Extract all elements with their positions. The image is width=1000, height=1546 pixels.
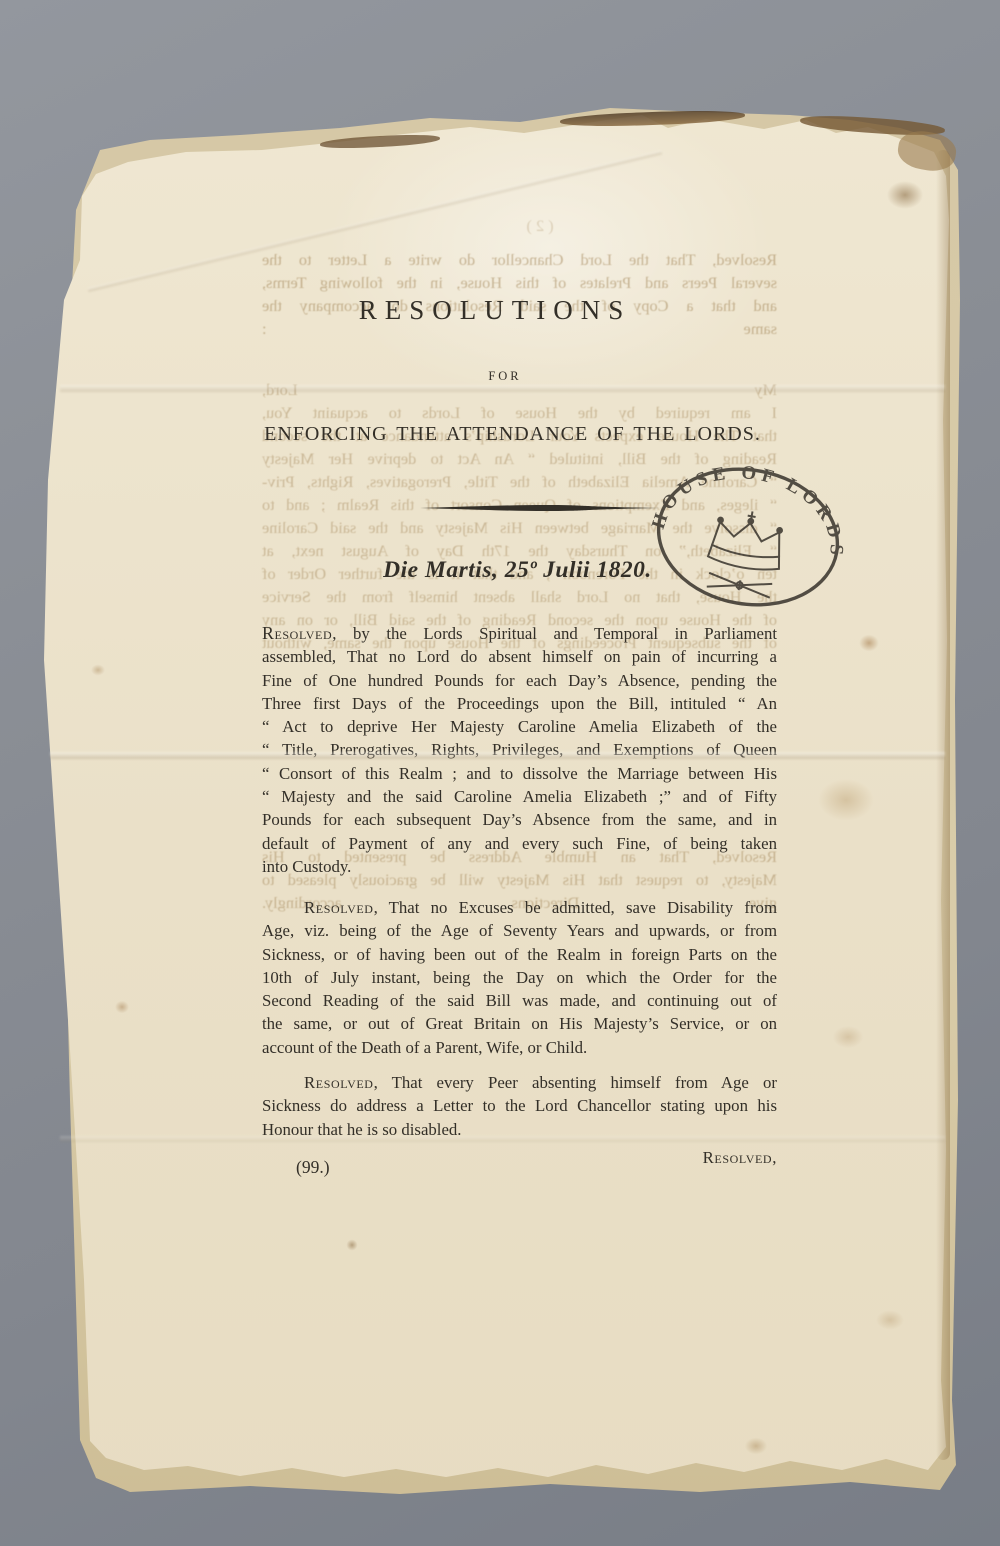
paragraph-line: Sickness, or of having been out of the R…: [262, 943, 777, 966]
paragraph-line: “ Majesty and the said Caroline Amelia E…: [262, 785, 777, 808]
catchword: Resolved,: [262, 1148, 777, 1168]
stamp-text: HOUSE OF LORDS: [648, 458, 848, 563]
paragraph-text: , That every Peer absenting himself from…: [374, 1073, 777, 1092]
paragraph-line: Sickness do address a Letter to the Lord…: [262, 1094, 777, 1117]
paragraph-line: assembled, That no Lord do absent himsel…: [262, 645, 777, 668]
resolved-lead-word: Resolved: [262, 623, 332, 643]
paragraph-first-line: Resolved, That every Peer absenting hims…: [262, 1071, 777, 1094]
paragraph-line: account of the Death of a Parent, Wife, …: [262, 1036, 777, 1059]
paragraph-line: 10th of July instant, being the Day on w…: [262, 966, 777, 989]
horizontal-fold-crease: [50, 752, 945, 759]
document-subtitle-for: FOR: [200, 369, 810, 384]
paragraph-line: Pounds for each subsequent Day’s Absence…: [262, 808, 777, 831]
photograph-of-document: ( 2 ) Resolved, That the Lord Chancellor…: [0, 0, 1000, 1546]
document-heading: ENFORCING THE ATTENDANCE OF THE LORDS.: [205, 423, 820, 446]
resolution-paragraph-1: Resolved, by the Lords Spiritual and Tem…: [262, 622, 777, 878]
printed-page-content: RESOLUTIONS FOR ENFORCING THE ATTENDANCE…: [0, 0, 1000, 1546]
paragraph-line: default of Payment of any and every such…: [262, 832, 777, 855]
resolved-lead-word: Resolved: [304, 1073, 374, 1092]
paragraph-line: Age, viz. being of the Age of Seventy Ye…: [262, 919, 777, 942]
resolution-paragraph-3: Resolved, That every Peer absenting hims…: [262, 1071, 777, 1141]
paragraph-line: the same, or out of Great Britain on His…: [262, 1012, 777, 1035]
resolved-lead-word: Resolved: [304, 898, 374, 917]
crown-icon: [707, 505, 788, 574]
paragraph-text: , That no Excuses be admitted, save Disa…: [374, 898, 777, 917]
swelled-rule-divider: [420, 503, 660, 513]
paragraph-first-line: Resolved, by the Lords Spiritual and Tem…: [262, 622, 777, 645]
paragraph-line: Second Reading of the said Bill was made…: [262, 989, 777, 1012]
horizontal-fold-crease: [60, 385, 945, 392]
paragraph-line: “ Consort of this Realm ; and to dissolv…: [262, 762, 777, 785]
paragraph-line: “ Act to deprive Her Majesty Caroline Am…: [262, 715, 777, 738]
paragraph-line: Fine of One hundred Pounds for each Day’…: [262, 669, 777, 692]
paragraph-line: Three first Days of the Proceedings upon…: [262, 692, 777, 715]
house-of-lords-stamp: HOUSE OF LORDS: [648, 458, 848, 616]
horizontal-fold-crease: [60, 1136, 945, 1142]
document-title: RESOLUTIONS: [200, 295, 790, 326]
paragraph-line: into Custody.: [262, 855, 777, 878]
resolution-paragraph-2: Resolved, That no Excuses be admitted, s…: [262, 896, 777, 1059]
crossed-maces-icon: [707, 573, 772, 598]
paragraph-text: , by the Lords Spiritual and Temporal in…: [332, 624, 777, 643]
paragraph-first-line: Resolved, That no Excuses be admitted, s…: [262, 896, 777, 919]
